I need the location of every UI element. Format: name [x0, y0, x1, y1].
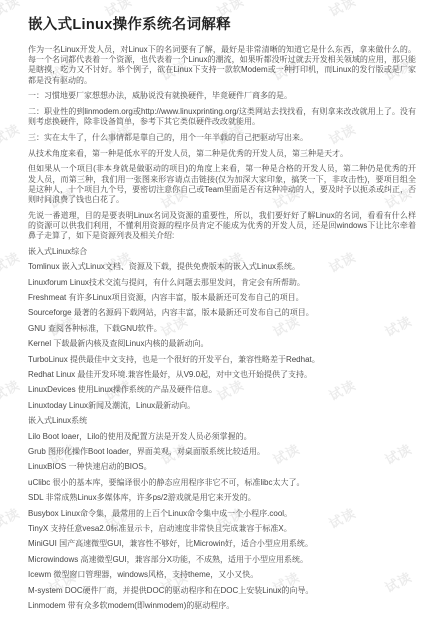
section-embedded-linux-general: 嵌入式Linux综合 Tomlinux 嵌入式Linux文档、资源及下载，提供免…	[28, 247, 416, 411]
resource-item: GNU 查阅各种标准，下载GNU软件。	[28, 324, 416, 334]
resource-item: MiniGUI 国产高速微型GUI，兼容性不够好，比Microwin好，适合小型…	[28, 539, 416, 549]
resource-item: Grub 图形化操作Boot loader，界面美观，对桌面版系统比较适用。	[28, 447, 416, 457]
document-page: 试读试读试读试读试读试读试读试读试读试读试读试读试读试读试读试读试读试读试读试读…	[0, 0, 440, 620]
resource-item: LinuxDevices 使用Linux操作系统的产品及硬件信息。	[28, 385, 416, 395]
resource-item: Microwindows 高速微型GUI，兼容部分X功能，不成熟，适用于小型应用…	[28, 555, 416, 565]
document-content: 嵌入式Linux操作系统名词解释 作为一名Linux开发人员，对Linux下的名…	[0, 0, 440, 611]
page-title: 嵌入式Linux操作系统名词解释	[28, 13, 416, 34]
section-embedded-linux-system: 嵌入式Linux系统 Lilo Boot loaer，Lilo的使用及配置方法是…	[28, 416, 416, 611]
resource-item: Redhat Linux 最佳开发环境.兼容性最好，从V9.0起，对中文也开始提…	[28, 370, 416, 380]
section-heading: 嵌入式Linux系统	[28, 416, 416, 426]
resource-item: TinyX 支持任意vesa2.0标准显示卡，启动速度非常快且完成兼容于标准X。	[28, 524, 416, 534]
section-items: Lilo Boot loaer，Lilo的使用及配置方法是开发人员必须掌握的。G…	[28, 432, 416, 611]
resource-item: Kernel 下载最新内核及查阅Linux内核的最新动向。	[28, 339, 416, 349]
resource-item: Freshmeat 有许多Linux项目资源，内容丰富，版本最新还可发布自己的项…	[28, 293, 416, 303]
resource-intro-paragraph: 先说一番道理，目的是要表明Linux名词及资源的重要性，所以，我们要好好了解Li…	[28, 211, 416, 242]
resource-item: TurboLinux 提供最佳中文支持，也是一个很好的开发平台，兼容性略差于Re…	[28, 355, 416, 365]
resource-item: LinuxBIOS 一种快速启动的BIOS。	[28, 462, 416, 472]
project-view-paragraph: 但如果从一个项目(非本身就是做驱动的项目)的角度上来看，第一种是合格的开发人员，…	[28, 164, 416, 205]
tech-view-paragraph: 从技术角度来看，第一种是低水平的开发人员，第二种是优秀的开发人员，第三种是天才。	[28, 149, 416, 159]
resource-item: Tomlinux 嵌入式Linux文档、资源及下载，提供免费版本的嵌入式Linu…	[28, 262, 416, 272]
resource-item: Lilo Boot loaer，Lilo的使用及配置方法是开发人员必须掌握的。	[28, 432, 416, 442]
resource-item: SDL 非常成熟Linux多媒体库，许多ps/2游戏就是用它来开发的。	[28, 493, 416, 503]
section-items: Tomlinux 嵌入式Linux文档、资源及下载，提供免费版本的嵌入式Linu…	[28, 262, 416, 411]
method-3: 三：实在太牛了，什么事情都是靠自己的，用个一年半载的自己把驱动写出来。	[28, 133, 416, 143]
resource-item: Linuxforum Linux技术交流与提问，有什么问题去那里发问，肯定会有所…	[28, 278, 416, 288]
resource-item: Sourceforge 最著的名源码下载网站，内容丰富，版本最新还可发布自己的项…	[28, 308, 416, 318]
resource-item: Busybox Linux命令集，最常用的上百个Linux命令集中成一个小程序.…	[28, 509, 416, 519]
method-1: 一：习惯地要厂家想想办法，威胁说没有就换硬件，毕竟硬件厂商多的是。	[28, 91, 416, 101]
resource-item: M-system DOC硬件厂商，并提供DOC的驱动程序和在DOC上安装Linu…	[28, 586, 416, 596]
section-heading: 嵌入式Linux综合	[28, 247, 416, 257]
resource-item: Linmodem 带有众多软modem(即winmodem)的驱动程序。	[28, 601, 416, 611]
resource-item: Linuxtoday Linux新闻及潮流，Linux最新动向。	[28, 401, 416, 411]
intro-paragraph: 作为一名Linux开发人员，对Linux下的名词要有了解，最好是非常清晰的知道它…	[28, 45, 416, 86]
method-2: 二：职业性的到linmodem.org或http://www.linuxprin…	[28, 107, 416, 127]
resource-item: Icewm 微型窗口管理器，windows风格，支持theme，又小又快。	[28, 570, 416, 580]
resource-item: uClibc 很小的基本库，要编译很小的静态应用程序非它不可，标准libc太大了…	[28, 478, 416, 488]
